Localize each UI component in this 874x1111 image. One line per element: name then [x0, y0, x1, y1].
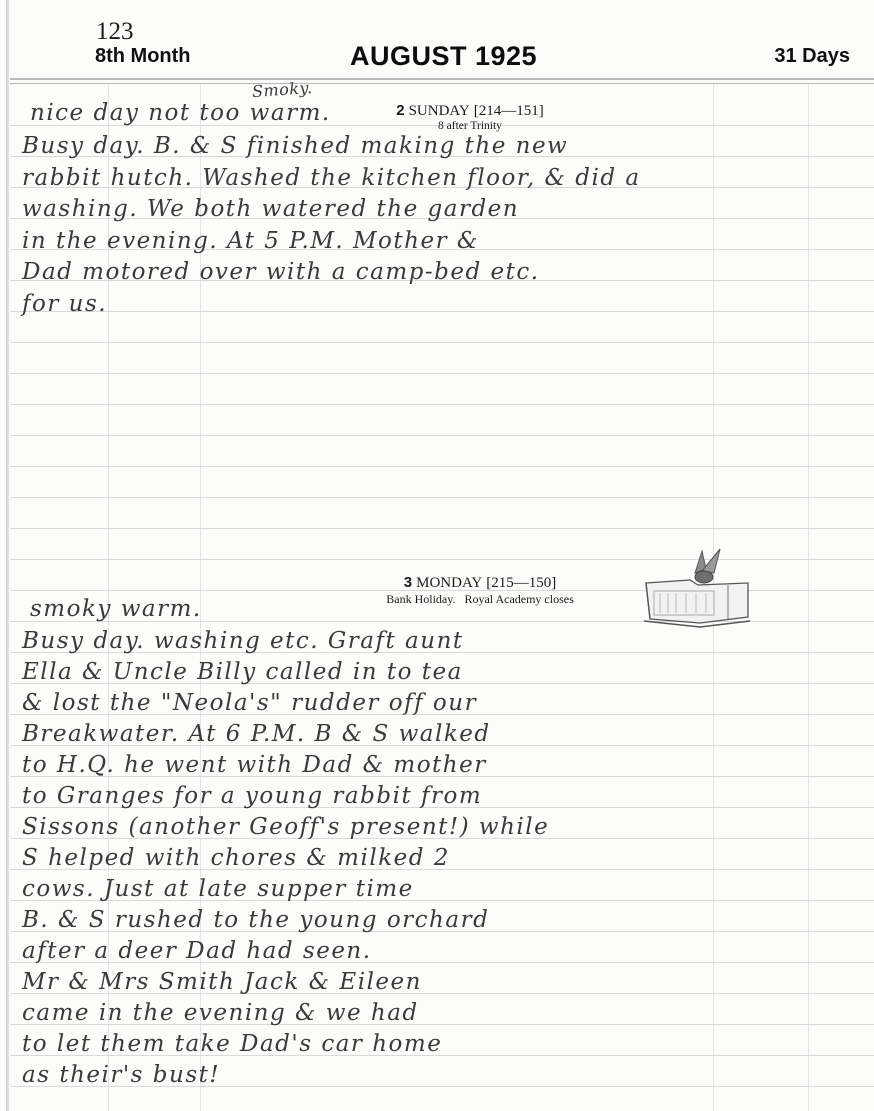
day-number: 2	[396, 102, 404, 119]
handwritten-weather-insert: Smoky.	[251, 78, 313, 101]
day-number: 3	[404, 574, 412, 591]
handwritten-line: rabbit hutch. Washed the kitchen floor, …	[22, 165, 641, 191]
ruled-line	[10, 404, 874, 405]
day-name: SUNDAY	[409, 103, 470, 119]
handwritten-line: to let them take Dad's car home	[22, 1031, 442, 1057]
month-title: AUGUST 1925	[350, 41, 537, 72]
handwritten-line: in the evening. At 5 P.M. Mother &	[22, 228, 479, 254]
days-count: 31 Days	[774, 45, 850, 68]
handwritten-line: Breakwater. At 6 P.M. B & S walked	[22, 721, 491, 747]
handwritten-line: Busy day. B. & S finished making the new	[22, 133, 568, 159]
handwritten-line: for us.	[22, 291, 107, 317]
handwritten-line: cows. Just at late supper time	[22, 876, 414, 902]
handwritten-line: to H.Q. he went with Dad & mother	[22, 752, 487, 778]
day-note: 8 after Trinity	[370, 120, 570, 132]
handwritten-line: Dad motored over with a camp-bed etc.	[22, 259, 540, 285]
handwritten-line: Busy day. washing etc. Graft aunt	[22, 628, 464, 654]
diary-page: 123 8th Month AUGUST 1925 31 Days 2 SUND…	[0, 0, 874, 1111]
handwritten-line: Ella & Uncle Billy called in to tea	[22, 659, 463, 685]
handwritten-line: came in the evening & we had	[22, 1000, 419, 1026]
handwritten-line: Sissons (another Geoff's present!) while	[22, 814, 549, 840]
handwritten-weather: nice day not too warm.	[30, 100, 331, 126]
ruled-line	[10, 311, 874, 312]
day-note: Bank Holiday. Royal Academy closes	[340, 592, 620, 607]
rabbit-hutch-sketch	[640, 545, 755, 630]
ruled-line	[10, 342, 874, 343]
day-name: MONDAY	[416, 575, 482, 591]
day-heading-sunday: 2 SUNDAY [214—151] 8 after Trinity	[370, 102, 570, 132]
vertical-rule	[808, 84, 809, 1111]
ruled-line	[10, 497, 874, 498]
page-binding-edge	[6, 0, 9, 1111]
ruled-line	[10, 466, 874, 467]
handwritten-line: B. & S rushed to the young orchard	[22, 907, 489, 933]
ruled-line	[10, 435, 874, 436]
handwritten-line: Mr & Mrs Smith Jack & Eileen	[22, 969, 422, 995]
handwritten-line: washing. We both watered the garden	[22, 196, 519, 222]
header-double-rule	[10, 78, 874, 80]
handwritten-line: & lost the "Neola's" rudder off our	[22, 690, 477, 716]
day-heading-monday: 3 MONDAY [215—150] Bank Holiday. Royal A…	[340, 574, 620, 607]
day-counts: [215—150]	[486, 575, 556, 591]
handwritten-line: to Granges for a young rabbit from	[22, 783, 482, 809]
header-double-rule	[10, 83, 874, 84]
month-ordinal: 8th Month	[95, 45, 191, 68]
handwritten-line: after a deer Dad had seen.	[22, 938, 372, 964]
day-counts: [214—151]	[474, 103, 544, 119]
handwritten-line: as their's bust!	[22, 1062, 220, 1088]
page-number: 123	[96, 18, 134, 46]
handwritten-line: S helped with chores & milked 2	[22, 845, 450, 871]
handwritten-weather: smoky warm.	[30, 596, 202, 622]
ruled-line	[10, 528, 874, 529]
ruled-line	[10, 373, 874, 374]
